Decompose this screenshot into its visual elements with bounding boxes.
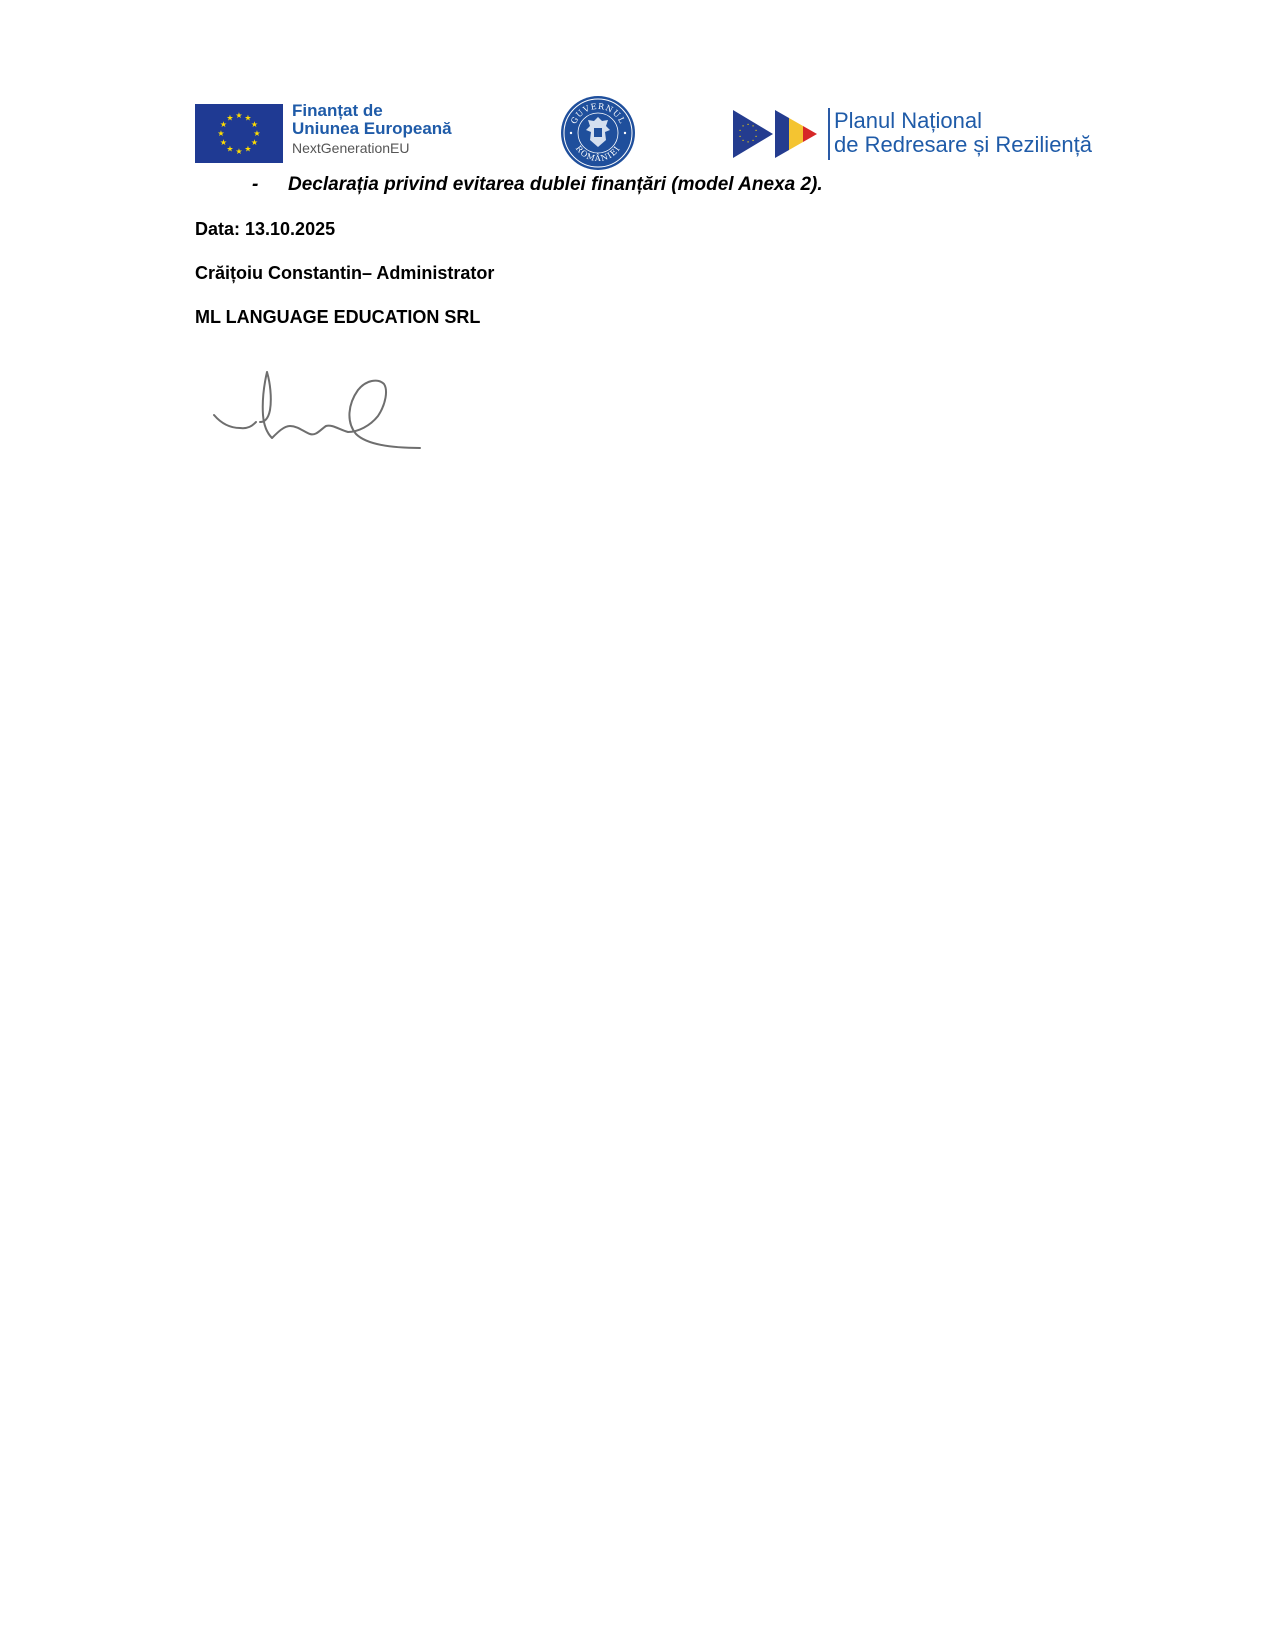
svg-text:★: ★ bbox=[217, 129, 224, 138]
eu-flag-icon: ★ ★ ★ ★ ★ ★ ★ ★ ★ ★ ★ ★ bbox=[195, 104, 283, 163]
page-header: ★ ★ ★ ★ ★ ★ ★ ★ ★ ★ ★ ★ Finanțat de Uniu… bbox=[0, 0, 1275, 170]
svg-text:•: • bbox=[755, 128, 757, 133]
pnrr-arrows-icon: ••• ••• ••• • bbox=[733, 108, 825, 160]
eu-label-line1: Finanțat de bbox=[292, 102, 452, 120]
svg-text:•: • bbox=[747, 122, 749, 127]
list-item-text: Declarația privind evitarea dublei finan… bbox=[288, 174, 823, 195]
pnrr-divider bbox=[828, 108, 830, 160]
svg-text:★: ★ bbox=[235, 147, 242, 156]
svg-text:•: • bbox=[747, 140, 749, 145]
svg-text:•: • bbox=[739, 128, 741, 133]
svg-text:•: • bbox=[742, 138, 744, 143]
government-of-romania-seal-icon: GUVERNUL ROMÂNIEI bbox=[560, 95, 636, 171]
svg-text:★: ★ bbox=[235, 111, 242, 120]
pnrr-label: Planul Național de Redresare și Rezilien… bbox=[834, 109, 1092, 157]
svg-text:•: • bbox=[752, 124, 754, 129]
svg-text:★: ★ bbox=[220, 138, 227, 147]
svg-text:★: ★ bbox=[253, 129, 260, 138]
svg-text:★: ★ bbox=[244, 145, 251, 154]
eu-label-line2: Uniunea Europeană bbox=[292, 120, 452, 138]
list-bullet: - bbox=[252, 174, 288, 196]
svg-text:•: • bbox=[752, 138, 754, 143]
svg-text:★: ★ bbox=[226, 114, 233, 123]
pnrr-label-line1: Planul Național bbox=[834, 109, 1092, 133]
company-name: ML LANGUAGE EDUCATION SRL bbox=[195, 307, 480, 328]
document-date: Data: 13.10.2025 bbox=[195, 219, 335, 240]
eu-funding-label: Finanțat de Uniunea Europeană NextGenera… bbox=[292, 102, 452, 157]
svg-text:•: • bbox=[739, 134, 741, 139]
handwritten-signature bbox=[200, 360, 440, 470]
svg-text:•: • bbox=[755, 134, 757, 139]
pnrr-label-line2: de Redresare și Reziliență bbox=[834, 133, 1092, 157]
svg-text:★: ★ bbox=[226, 145, 233, 154]
svg-text:★: ★ bbox=[251, 138, 258, 147]
document-list-item: -Declarația privind evitarea dublei fina… bbox=[252, 174, 823, 196]
signatory-name: Crăițoiu Constantin– Administrator bbox=[195, 263, 494, 284]
svg-text:•: • bbox=[742, 124, 744, 129]
eu-label-line3: NextGenerationEU bbox=[292, 139, 452, 157]
svg-text:★: ★ bbox=[251, 120, 258, 129]
